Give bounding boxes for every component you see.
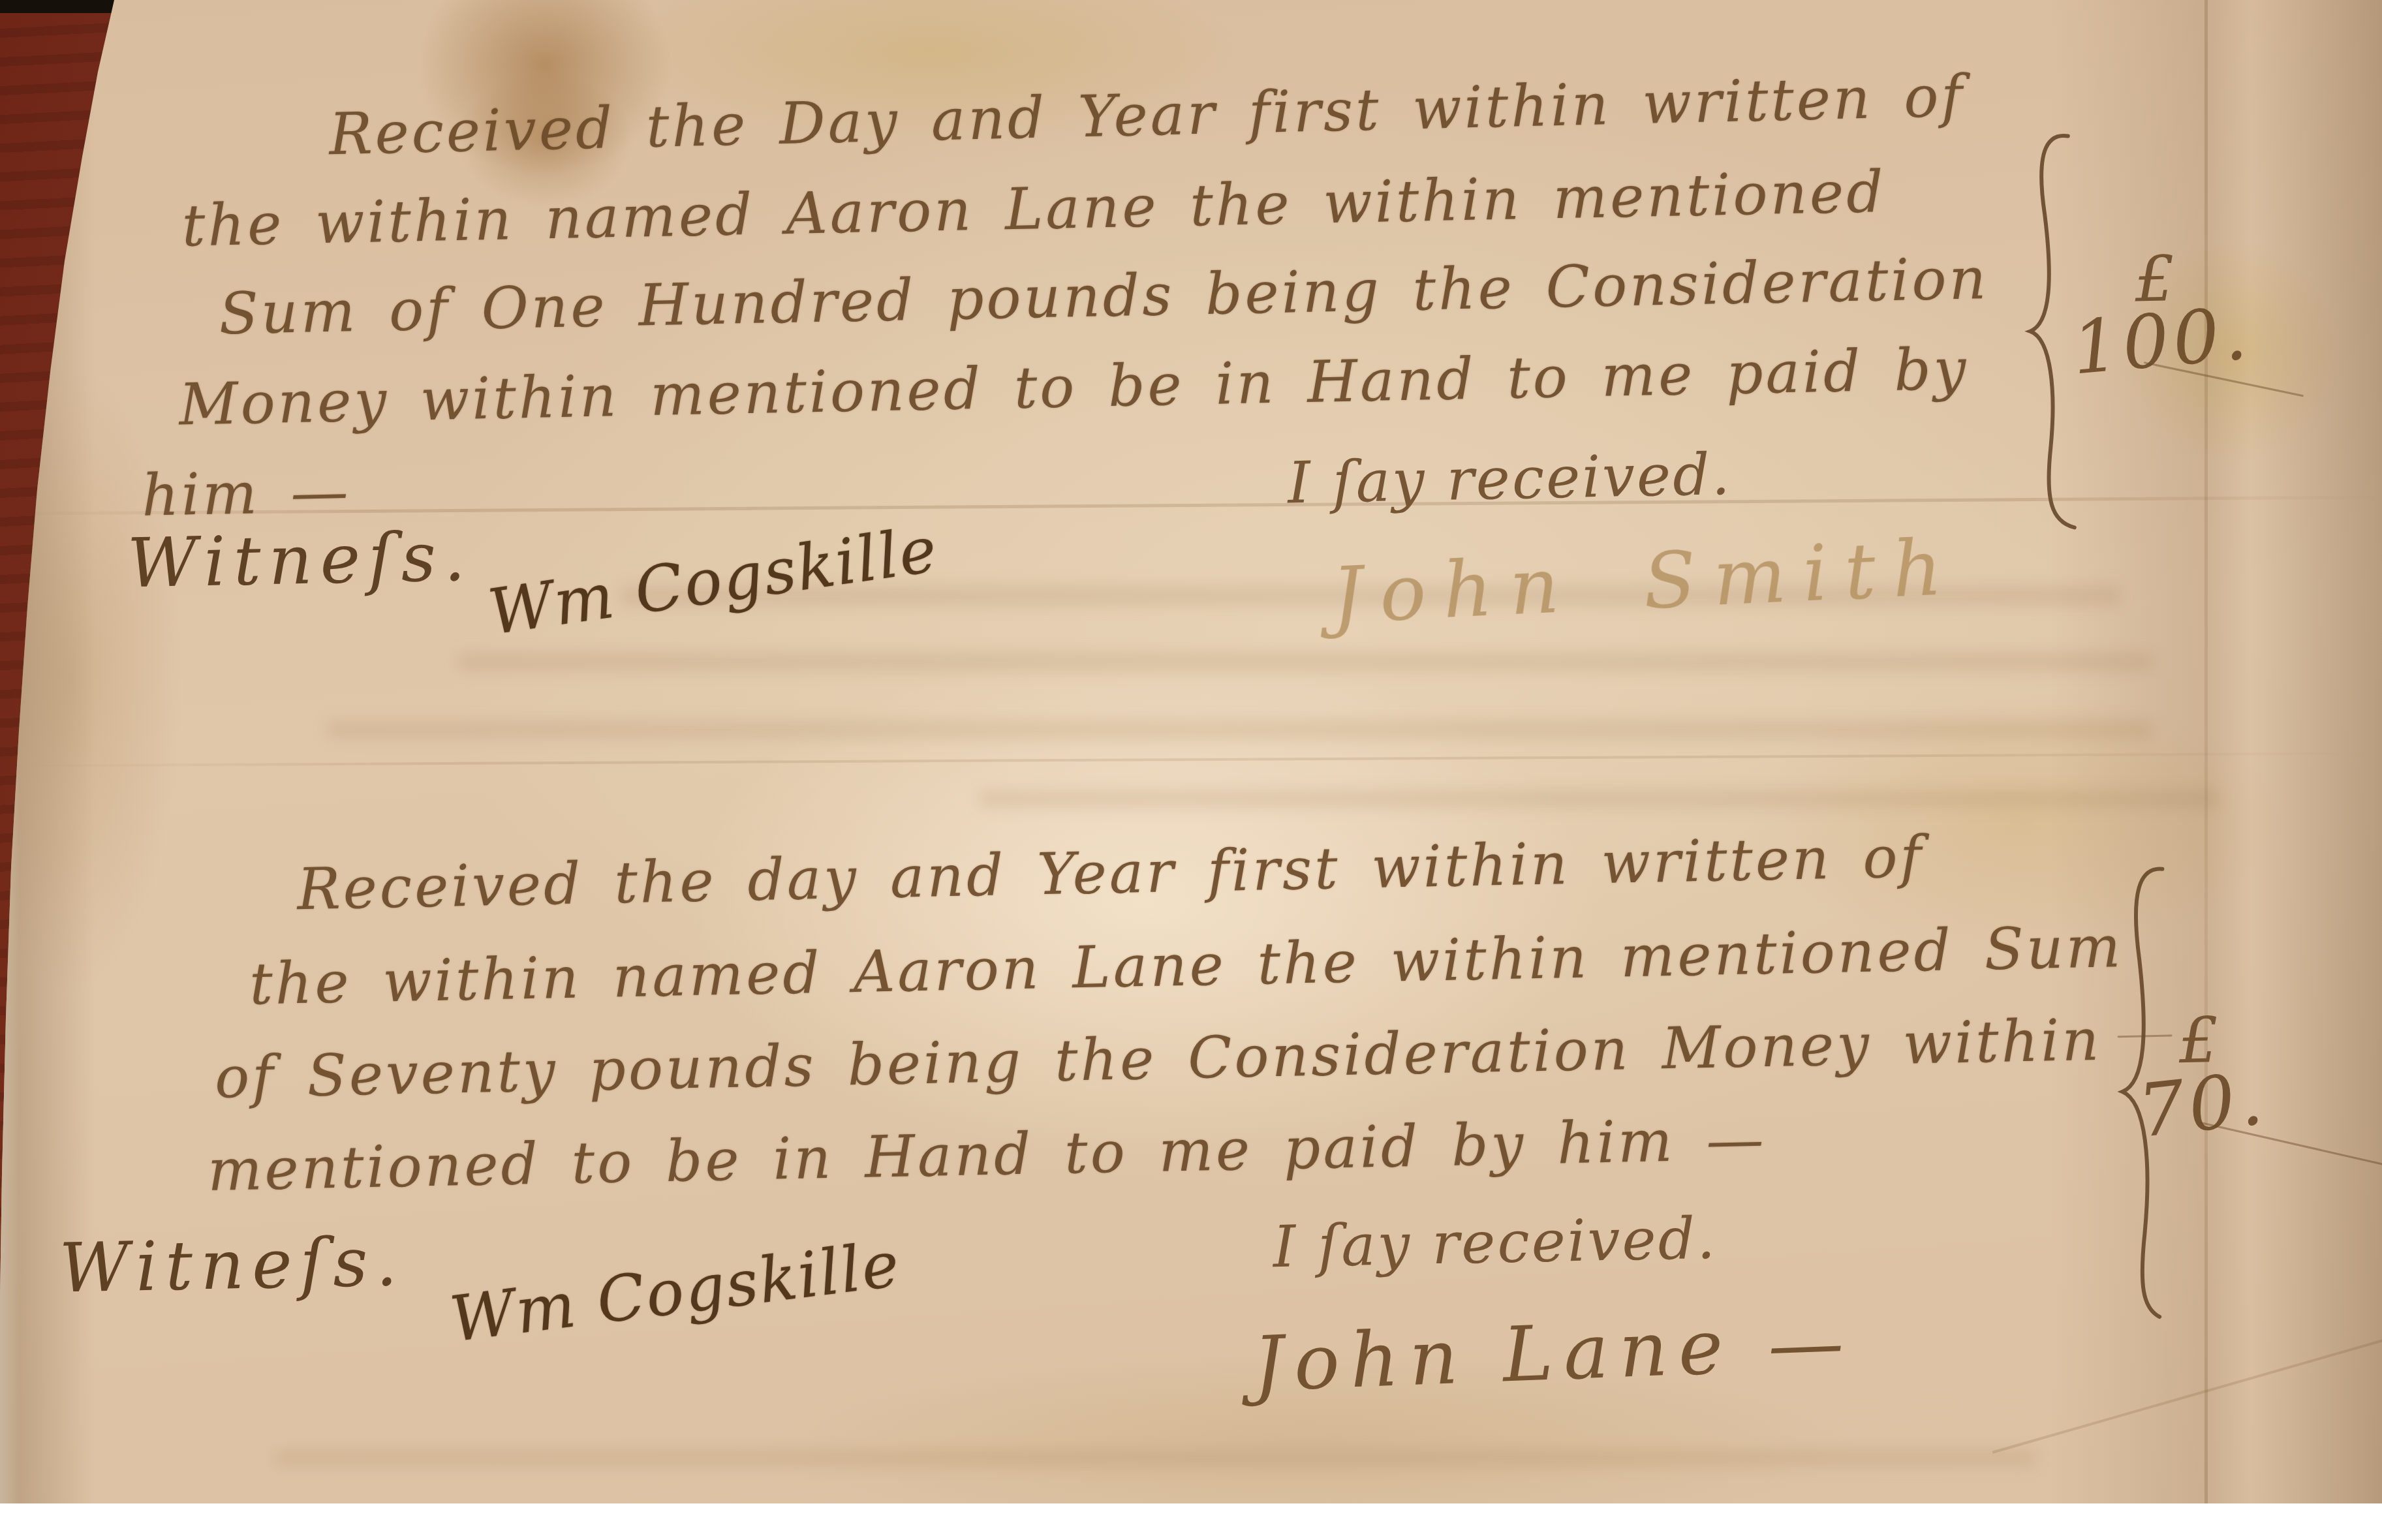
receipt1-line4: Money within mentioned to be in Hand to …: [178, 335, 1969, 439]
receipt1-line1: Received the Day and Year first within w…: [328, 62, 1966, 168]
receipt2-principal-signature: John Lane —: [1252, 1298, 1855, 1408]
receipt1-witness-label: Witneſs.: [127, 517, 474, 604]
receipt1-line5: him —: [141, 457, 351, 529]
receipt2-line4: mentioned to be in Hand to me paid by hi…: [207, 1105, 1767, 1204]
receipt2-line1: Received the day and Year first within w…: [296, 823, 1925, 923]
parchment-sheet: Received the Day and Year first within w…: [0, 0, 2382, 1503]
receipt2-witness-signature: Wm Cogskille: [446, 1227, 905, 1356]
receipt1-attestation: I ſay received.: [1287, 440, 1732, 517]
receipt2-witness-label: Witneſs.: [59, 1222, 406, 1308]
receipt2-line3: of Seventy pounds being the Consideratio…: [214, 1006, 2102, 1111]
receipt1-witness-signature: Wm Cogskille: [484, 513, 942, 649]
receipt2-attestation: I ſay received.: [1273, 1205, 1718, 1281]
receipt1-line2: the within named Aaron Lane the within m…: [181, 158, 1886, 259]
receipt1-line3: Sum of One Hundred pounds being the Cons…: [219, 245, 1989, 347]
handwriting-layer: Received the Day and Year first within w…: [0, 0, 2382, 1503]
receipt1-amount: 100.: [2069, 291, 2254, 392]
receipt2-line2: the within named Aaron Lane the within m…: [249, 913, 2124, 1018]
receipt2-amount: 70.: [2134, 1056, 2270, 1154]
receipt1-principal-signature: John Smith: [1330, 521, 1961, 640]
